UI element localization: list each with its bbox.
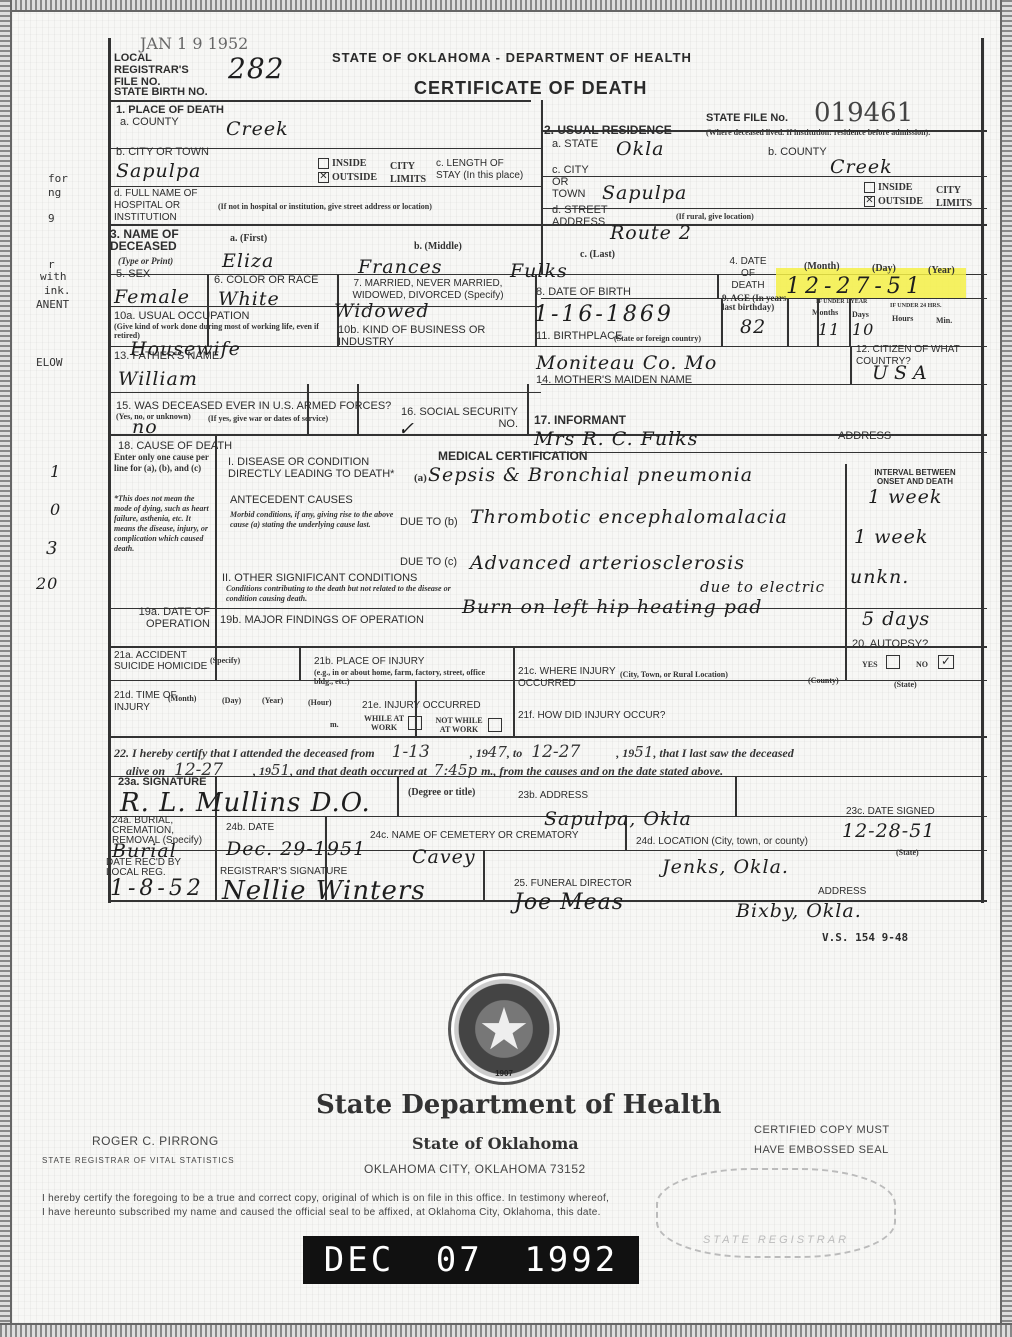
age-days-value: 10 [852,320,874,339]
margin-handwriting: 1 [50,462,61,481]
city-limits-label: CITY LIMITS [936,184,976,210]
under-24-hrs-label: IF UNDER 24 HRS. [890,302,941,311]
race-value: White [218,288,280,310]
city-limits-label: CITY LIMITS [390,160,426,186]
interval-label: INTERVAL BETWEEN ONSET AND DEATH [860,468,970,486]
date-received-label: DATE REC'D BY LOCAL REG. [106,858,210,878]
margin-note: ng [48,186,61,199]
last-name-value: Fulks [510,260,568,282]
seal-year: 1907 [451,1069,557,1078]
marital-status-value: Widowed [334,300,430,322]
residence-county-label: b. COUNTY [768,146,827,158]
months-label: Months [812,308,838,317]
margin-note: ink. [44,284,71,297]
operation-findings-label: 19b. MAJOR FINDINGS OF OPERATION [220,614,424,626]
injury-day-label: (Day) [222,696,241,705]
birthplace-value: Moniteau Co. Mo [536,352,717,374]
physician-address-label: 23b. ADDRESS [518,790,588,802]
injury-m-label: m. [330,720,339,729]
where-injury-label: 21c. WHERE INJURY OCCURRED [518,666,618,690]
armed-forces-label: 15. WAS DECEASED EVER IN U.S. ARMED FORC… [116,400,391,412]
sex-label: 5. SEX [116,268,150,280]
physician-signature: R. L. Mullins D.O. [120,788,371,818]
due-to-c-label: DUE TO (c) [400,556,457,568]
hours-label: Hours [892,314,913,323]
place-of-injury-label: 21b. PLACE OF INJURY [314,656,424,668]
degree-title-label: (Degree or title) [408,788,475,797]
where-state-hint: (State) [894,680,917,689]
attestation-text: I hereby certify the foregoing to be a t… [42,1192,612,1220]
date-of-birth-label: 8. DATE OF BIRTH [536,286,631,298]
antecedent-hint: Morbid conditions, if any, giving rise t… [230,510,400,530]
usual-residence-label: 2. USUAL RESIDENCE [544,124,672,136]
min-label: Min. [936,316,952,325]
date-received-value: 1-8-52 [110,876,205,901]
where-county-hint: (County) [808,676,839,685]
residence-outside-city-checkbox[interactable]: ✕ [864,196,875,207]
residence-inside-city-checkbox[interactable] [864,182,875,193]
due-to-b-label: DUE TO (b) [400,516,458,528]
while-at-work-checkbox[interactable] [408,716,422,730]
hospital-hint: (If not in hospital or institution, give… [218,202,432,211]
usual-residence-hint: (Where deceased lived. If institution: r… [706,128,976,137]
informant-label: 17. INFORMANT [534,414,626,426]
not-while-at-work-checkbox[interactable] [488,718,502,732]
date-signed-label: 23c. DATE SIGNED [846,806,935,818]
funeral-director-address-value: Bixby, Okla. [736,900,862,922]
days-label: Days [852,310,869,319]
department-address: OKLAHOMA CITY, OKLAHOMA 73152 [364,1162,586,1176]
cause-a-letter: (a) [414,474,427,483]
marital-status-label: 7. MARRIED, NEVER MARRIED, WIDOWED, DIVO… [338,278,518,302]
autopsy-yes-label: YES [862,660,878,669]
cause-of-death-label: 18. CAUSE OF DEATH [118,440,232,452]
date-of-death-label: 4. DATE OF DEATH [724,256,772,292]
other-conditions-value: Burn on left hip heating pad [462,596,762,618]
funeral-director-label: 25. FUNERAL DIRECTOR [514,878,632,890]
place-of-death-label: 1. PLACE OF DEATH [116,104,224,116]
state-seal: ★ 1907 [448,973,560,1085]
other-conditions-note: due to electric [700,578,825,596]
social-security-value: ✓ [398,418,415,440]
father-name-label: 13. FATHER'S NAME [114,350,219,362]
physician-address-value: Sapulpa, Okla [544,808,692,830]
residence-street-hint: (If rural, give location) [676,212,754,221]
stamp-day: 07 [436,1240,483,1280]
interval-other-value: 5 days [862,608,930,630]
residence-state-value: Okla [616,138,665,160]
accident-type-label: 21a. ACCIDENT SUICIDE HOMICIDE [114,650,214,672]
stamp-month: DEC [324,1240,394,1280]
issue-date-stamp: DEC 07 1992 [303,1236,639,1284]
margin-note: 9 [48,212,55,225]
first-name-value: Eliza [222,250,274,272]
last-seen-alive-year: 51 [271,761,290,779]
last-name-label: c. (Last) [580,250,615,259]
attended-to-date: 12-27 [531,742,580,762]
date-of-death-value: 12-27-51 [786,274,925,299]
injury-month-label: (Month) [168,694,196,703]
age-label: 9. AGE (In years last birthday) [722,294,794,312]
margin-handwriting: 20 [36,574,58,593]
margin-note: for [48,172,68,185]
not-while-at-work-label: NOT WHILE AT WORK [430,716,488,734]
autopsy-label: 20. AUTOPSY? [852,638,928,650]
death-outside-city-checkbox[interactable]: ✕ [318,172,329,183]
business-label: 10b. KIND OF BUSINESS OR INDUSTRY [338,324,518,348]
residence-city-value: Sapulpa [602,182,687,204]
outside-label: OUTSIDE [878,197,923,206]
hospital-label: d. FULL NAME OF HOSPITAL OR INSTITUTION [114,188,214,224]
cemetery-state-label: (State) [896,848,919,857]
autopsy-no-checkbox[interactable]: ✓ [938,655,954,669]
inside-label: INSIDE [878,183,912,192]
cause-a-value: Sepsis & Bronchial pneumonia [428,464,753,486]
cause-b-value: Thrombotic encephalomalacia [470,506,788,528]
dod-day-label: (Day) [872,264,896,273]
decorative-border-left [0,0,12,1337]
under-1-year-label: IF UNDER 1 YEAR [816,298,867,307]
deceased-name-hint: (Type or Print) [118,256,173,266]
medical-certification-heading: MEDICAL CERTIFICATION [438,450,588,462]
place-of-injury-hint: (e.g., in or about home, farm, factory, … [314,668,506,686]
dod-month-label: (Month) [804,262,840,271]
decorative-border-bottom [0,1323,1012,1337]
injury-specify-label: (Specify) [210,656,240,665]
funeral-director-address-label: ADDRESS [818,886,866,898]
age-years-value: 82 [740,316,766,338]
citizenship-value: USA [872,362,933,384]
stamp-year: 1992 [524,1240,618,1280]
date-of-birth-value: 1-16-1869 [534,302,674,327]
embossed-registrar-seal: STATE REGISTRAR [656,1168,896,1258]
department-state: State of Oklahoma [412,1134,579,1153]
residence-county-value: Creek [830,156,893,178]
armed-forces-value: no [132,416,158,438]
margin-note: with [40,270,67,283]
seal-star-icon: ★ [451,976,557,1082]
death-county-label: a. COUNTY [120,116,179,128]
death-city-value: Sapulpa [116,160,201,182]
antecedent-causes-label: ANTECEDENT CAUSES [230,494,353,506]
middle-name-value: Frances [358,256,442,278]
cause-of-death-hint: Enter only one cause per line for (a), (… [114,452,214,474]
mother-maiden-name-label: 14. MOTHER'S MAIDEN NAME [536,374,692,386]
margin-handwriting: 0 [50,500,61,519]
cemetery-location-value: Jenks, Okla. [662,856,789,878]
time-of-death: 7:45p [434,761,477,779]
how-injury-occurred-label: 21f. HOW DID INJURY OCCUR? [518,710,665,722]
armed-forces-war-hint: (If yes, give war or dates of service) [208,414,328,423]
department-title: State Department of Health [316,1090,721,1120]
registrar-title: STATE REGISTRAR OF VITAL STATISTICS [42,1156,235,1165]
first-name-label: a. (First) [230,234,267,243]
cemetery-value: Cavey [412,846,476,868]
informant-address-label: ADDRESS [838,430,891,442]
length-of-stay-label: c. LENGTH OF STAY (In this place) [436,158,530,182]
date-signed-value: 12-28-51 [842,820,935,842]
signature-label: 23a. SIGNATURE [118,776,206,788]
residence-state-label: a. STATE [552,138,598,150]
sex-value: Female [114,286,190,308]
autopsy-yes-checkbox[interactable] [886,655,900,669]
attended-to-year: 51 [634,743,653,761]
injury-occurred-label: 21e. INJURY OCCURRED [362,700,481,712]
margin-note: ELOW [36,356,63,369]
cemetery-location-label: 24d. LOCATION (City, town, or county) [636,836,808,848]
disposition-date-value: Dec. 29-1951 [226,838,366,860]
death-county-value: Creek [226,118,289,140]
interval-c-value: unkn. [850,566,909,588]
occupation-label: 10a. USUAL OCCUPATION [114,310,250,322]
residence-street-value: Route 2 [610,222,692,244]
father-name-value: William [118,368,198,390]
dod-year-label: (Year) [928,266,955,275]
birthplace-label: 11. BIRTHPLACE [536,330,622,342]
decorative-border-top [0,0,1012,12]
certified-copy-notice-2: HAVE EMBOSSED SEAL [754,1144,889,1156]
middle-name-label: b. (Middle) [414,242,462,251]
age-months-value: 11 [818,320,840,339]
cause-footnote: *This does not mean the mode of dying, s… [114,494,212,554]
while-at-work-label: WHILE AT WORK [360,714,408,732]
funeral-director-value: Joe Meas [514,890,624,915]
margin-note: ANENT [36,298,69,311]
certified-copy-notice-1: CERTIFIED COPY MUST [754,1124,890,1136]
operation-date-label: 19a. DATE OF OPERATION [114,606,210,630]
birthplace-hint: (State or foreign country) [614,334,701,343]
attended-from-year: 47 [488,743,507,761]
attending-certification-line1: 22. I hereby certify that I attended the… [114,742,960,762]
death-inside-city-checkbox[interactable] [318,158,329,169]
autopsy-no-label: NO [916,660,928,669]
cemetery-label: 24c. NAME OF CEMETERY OR CREMATORY [370,830,579,842]
registrar-name: ROGER C. PIRRONG [92,1134,219,1148]
other-conditions-hint: Conditions contributing to the death but… [226,584,466,604]
disposition-date-label: 24b. DATE [226,822,274,834]
registrar-signature-value: Nellie Winters [222,876,426,906]
decorative-border-right [1000,0,1012,1337]
interval-a-value: 1 week [868,486,942,508]
attending-certification-line2: alive on 12-27, 1951, and that death occ… [126,760,972,780]
attended-from-date: 1-13 [392,742,430,762]
cause-c-value: Advanced arteriosclerosis [470,552,745,574]
margin-handwriting: 3 [46,538,58,559]
residence-city-label: c. CITY OR TOWN [552,164,602,200]
form-code: V.S. 154 9-48 [822,932,908,944]
death-city-label: b. CITY OR TOWN [116,146,209,158]
outside-label: OUTSIDE [332,173,377,182]
deceased-name-label: 3. NAME OF DECEASED [110,228,200,252]
injury-hour-label: (Hour) [308,698,332,707]
certificate-page: for ng 9 r with ink. ANENT ELOW 1 0 3 20… [0,0,1012,1337]
race-label: 6. COLOR OR RACE [214,274,319,286]
inside-label: INSIDE [332,159,366,168]
injury-year-label: (Year) [262,696,283,705]
interval-b-value: 1 week [854,526,928,548]
disease-condition-label: I. DISEASE OR CONDITION DIRECTLY LEADING… [228,456,418,480]
informant-value: Mrs R. C. Fulks [534,428,698,450]
other-conditions-label: II. OTHER SIGNIFICANT CONDITIONS [222,572,417,584]
where-city-hint: (City, Town, or Rural Location) [620,670,728,679]
